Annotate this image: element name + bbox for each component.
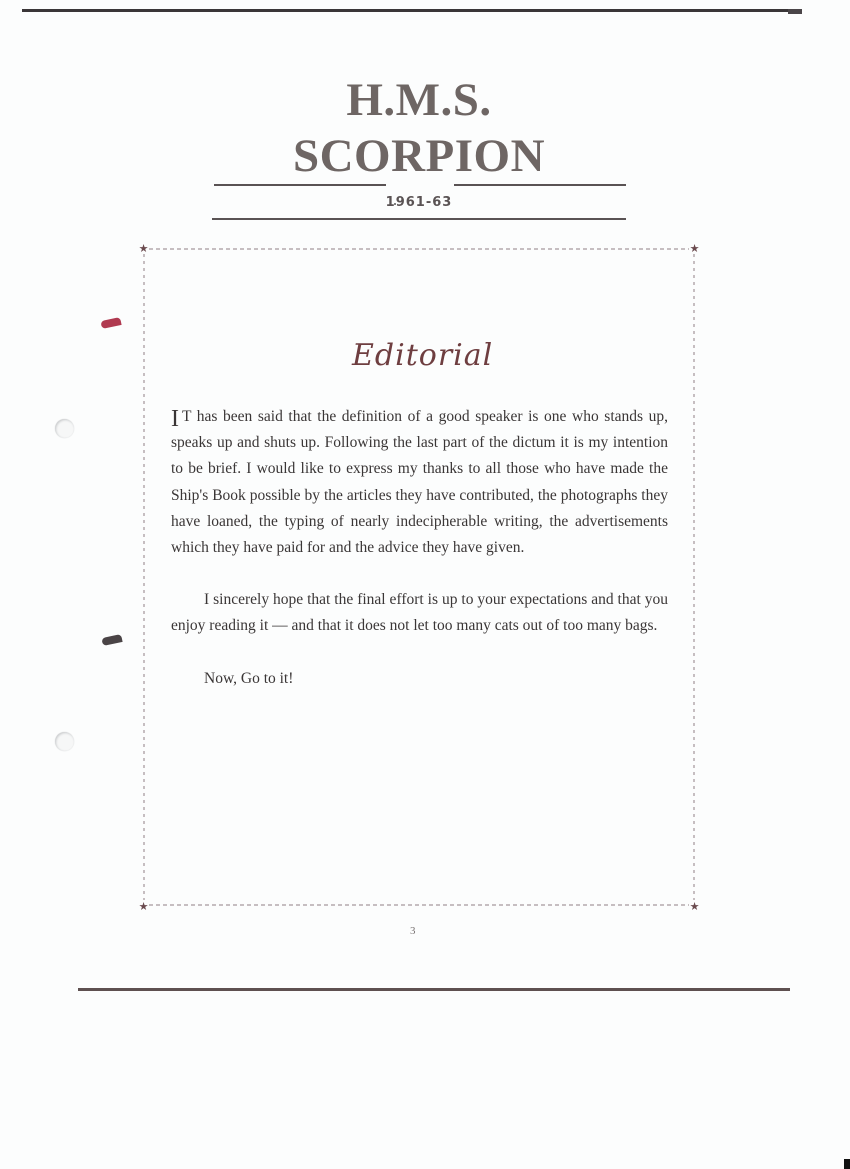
scan-corner-mark bbox=[844, 1159, 850, 1169]
editorial-body: IT has been said that the definition of … bbox=[171, 404, 668, 692]
drop-cap: I bbox=[171, 410, 179, 428]
frame-left-edge bbox=[143, 254, 145, 900]
dark-tab-mark bbox=[101, 634, 122, 646]
paragraph-1-text: T has been said that the definition of a… bbox=[171, 408, 668, 556]
red-tab-mark bbox=[100, 317, 121, 329]
page-number: 3 bbox=[410, 925, 416, 937]
star-corner-icon: ★ bbox=[689, 901, 700, 912]
editorial-heading: Editorial bbox=[352, 338, 492, 373]
star-corner-icon: ★ bbox=[138, 901, 149, 912]
star-corner-icon: ★ bbox=[138, 243, 149, 254]
paragraph-2: I sincerely hope that the final effort i… bbox=[171, 587, 668, 639]
bottom-rule bbox=[78, 988, 790, 991]
masthead-rule-upper bbox=[212, 184, 626, 188]
top-rule bbox=[22, 9, 802, 12]
frame-right-edge bbox=[693, 254, 695, 900]
masthead-rule-lower bbox=[212, 218, 626, 222]
paragraph-3: Now, Go to it! bbox=[171, 666, 668, 692]
paragraph-1: IT has been said that the definition of … bbox=[171, 404, 668, 561]
binder-hole bbox=[55, 419, 74, 438]
speck bbox=[394, 203, 396, 205]
masthead-title: H.M.S. SCORPION bbox=[212, 72, 626, 184]
star-corner-icon: ★ bbox=[689, 243, 700, 254]
masthead: H.M.S. SCORPION 1961-63 bbox=[212, 72, 626, 222]
masthead-years: 1961-63 bbox=[212, 195, 626, 210]
frame-top-edge bbox=[149, 248, 689, 250]
frame-bottom-edge bbox=[149, 904, 689, 906]
binder-hole bbox=[55, 732, 74, 751]
